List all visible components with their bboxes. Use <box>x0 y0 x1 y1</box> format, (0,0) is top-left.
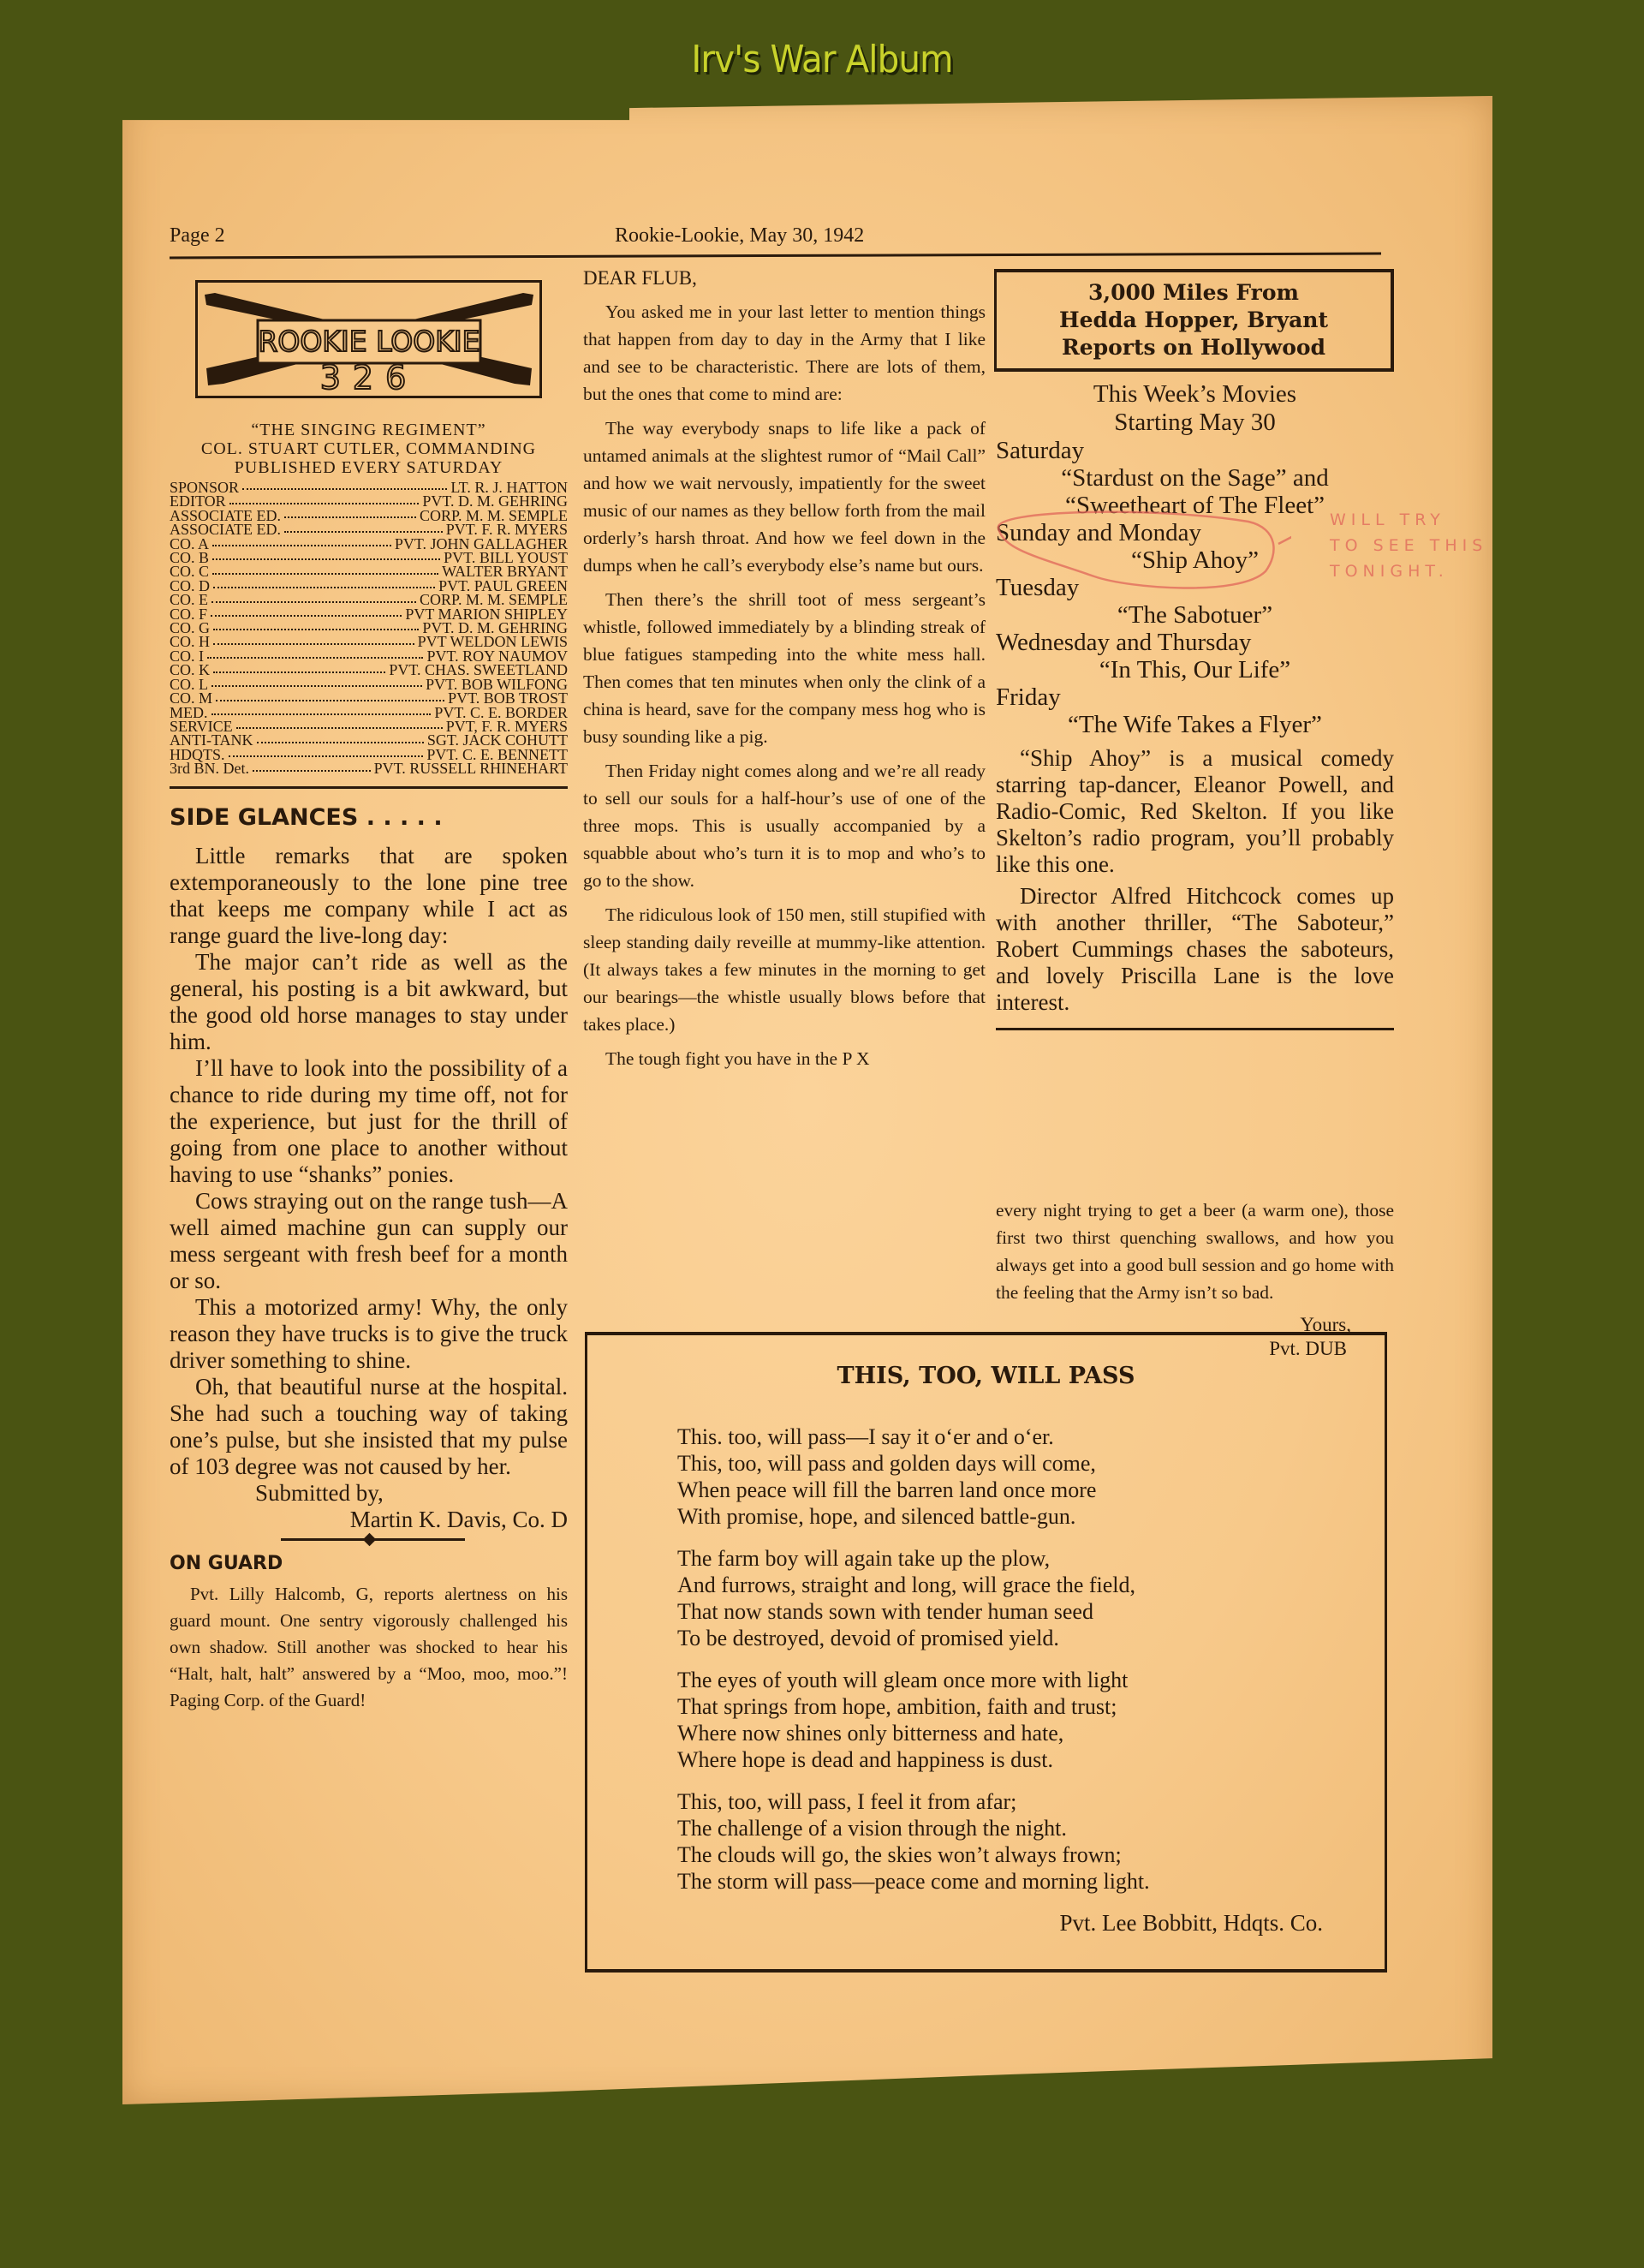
poem-line: This, too, will pass and golden days wil… <box>677 1450 1385 1477</box>
poem-line: Where now shines only bitterness and hat… <box>677 1720 1385 1746</box>
leader-dots <box>212 564 438 574</box>
column-middle: DEAR FLUB, You asked me in your last let… <box>583 267 986 1079</box>
movie-review: “Ship Ahoy” is a musical comedy starring… <box>996 745 1394 1016</box>
leader-dots <box>242 480 447 490</box>
letter-body: You asked me in your last letter to ment… <box>583 298 986 1072</box>
leader-dots <box>257 733 424 743</box>
masthead-dateline: Rookie-Lookie, May 30, 1942 <box>615 224 864 248</box>
poem-line: This, too, will pass, I feel it from afa… <box>677 1788 1385 1815</box>
schedule-day: Saturday <box>996 437 1394 464</box>
header-rule <box>170 253 1381 260</box>
leader-dots <box>229 748 424 757</box>
leader-dots <box>253 761 371 771</box>
poem-body: This. too, will pass—I say it o‘er and o… <box>677 1423 1385 1895</box>
section-rule <box>170 786 568 789</box>
poem-line: That springs from hope, ambition, faith … <box>677 1693 1385 1720</box>
side-glances-paragraph: Oh, that beautiful nurse at the hospital… <box>170 1374 568 1480</box>
section-rule <box>996 1028 1394 1030</box>
svg-text:ROOKIE LOOKIE: ROOKIE LOOKIE <box>259 325 480 358</box>
poem-line: And furrows, straight and long, will gra… <box>677 1572 1385 1598</box>
letter-paragraph: The ridiculous look of 150 men, still st… <box>583 901 986 1038</box>
leader-dots <box>236 719 443 729</box>
leader-dots <box>213 635 414 644</box>
leader-dots <box>284 509 416 518</box>
side-glances-body: Little remarks that are spoken extempora… <box>170 843 568 1480</box>
leader-dots <box>213 621 419 630</box>
page-number: Page 2 <box>170 224 225 248</box>
leader-dots <box>229 494 420 504</box>
schedule-day: Friday <box>996 683 1394 711</box>
letter-paragraph: Then there’s the shrill toot of mess ser… <box>583 586 986 750</box>
leader-dots <box>207 649 423 659</box>
review-paragraph: Director Alfred Hitchcock comes up with … <box>996 883 1394 1016</box>
side-glances-paragraph: The major can’t ride as well as the gene… <box>170 949 568 1055</box>
schedule-day: Wednesday and Thursday <box>996 629 1394 656</box>
column-left: ROOKIE LOOKIE 326 “THE SINGING REGIMENT”… <box>170 280 568 1714</box>
poem-line: The farm boy will again take up the plow… <box>677 1545 1385 1572</box>
site-title: Irv's War Album <box>66 38 1578 81</box>
leader-dots <box>212 551 440 560</box>
leader-dots <box>211 607 402 617</box>
handwritten-circle-annotation <box>983 503 1291 601</box>
side-glances-paragraph: Cows straying out on the range tush—A we… <box>170 1188 568 1294</box>
leader-dots <box>213 579 435 588</box>
schedule-film: “In This, Our Life” <box>996 656 1394 683</box>
leader-dots <box>284 522 443 532</box>
letter-paragraph: The tough fight you have in the P X <box>583 1045 986 1072</box>
leader-dots <box>213 663 385 672</box>
masthead-logo: ROOKIE LOOKIE 326 <box>195 280 542 398</box>
schedule-film: “Stardust on the Sage” and <box>996 464 1394 492</box>
poem-stanza: The farm boy will again take up the plow… <box>677 1545 1385 1651</box>
schedule-film: “The Wife Takes a Flyer” <box>996 711 1394 738</box>
movies-heading: This Week’s Movies Starting May 30 <box>996 380 1394 437</box>
poem-title: THIS, TOO, WILL PASS <box>587 1363 1385 1389</box>
handwritten-note: WILL TRY TO SEE THIS TONIGHT. <box>1330 507 1487 584</box>
schedule-film: “The Sabotuer” <box>996 601 1394 629</box>
side-glances-paragraph: Little remarks that are spoken extempora… <box>170 843 568 949</box>
staff-list: SPONSORLT. R. J. HATTONEDITORPVT. D. M. … <box>170 480 568 776</box>
poem-box: THIS, TOO, WILL PASS This. too, will pas… <box>585 1332 1387 1973</box>
crossed-rifles-icon: ROOKIE LOOKIE 326 <box>198 283 540 396</box>
side-glances-title: SIDE GLANCES . . . . . <box>170 804 568 831</box>
letter-paragraph: The way everybody snaps to life like a p… <box>583 415 986 579</box>
poem-stanza: The eyes of youth will gleam once more w… <box>677 1667 1385 1773</box>
poem-line: When peace will fill the barren land onc… <box>677 1477 1385 1503</box>
poem-stanza: This. too, will pass—I say it o‘er and o… <box>677 1423 1385 1530</box>
submitted-by: Submitted by, <box>170 1480 568 1507</box>
poem-line: This. too, will pass—I say it o‘er and o… <box>677 1423 1385 1450</box>
svg-text:326: 326 <box>320 359 419 396</box>
staff-role: 3rd BN. Det. <box>170 761 249 775</box>
side-glances-paragraph: This a motorized army! Why, the only rea… <box>170 1294 568 1374</box>
staff-name: PVT. RUSSELL RHINEHART <box>374 761 568 775</box>
poem-line: With promise, hope, and silenced battle-… <box>677 1503 1385 1530</box>
poem-line: The storm will pass—peace come and morni… <box>677 1868 1385 1895</box>
leader-dots <box>212 537 391 546</box>
staff-heading: “THE SINGING REGIMENT” COL. STUART CUTLE… <box>170 421 568 477</box>
on-guard-text: Pvt. Lilly Halcomb, G, reports alertness… <box>170 1581 568 1714</box>
poem-line: Where hope is dead and happiness is dust… <box>677 1746 1385 1773</box>
side-glances-author: Martin K. Davis, Co. D <box>170 1507 568 1533</box>
hollywood-headline-box: 3,000 Miles From Hedda Hopper, Bryant Re… <box>994 269 1394 372</box>
leader-dots <box>211 706 432 715</box>
newspaper-page: Page 2 Rookie-Lookie, May 30, 1942 ROOKI… <box>122 96 1492 2104</box>
letter-salutation: DEAR FLUB, <box>583 267 986 289</box>
poem-line: The challenge of a vision through the ni… <box>677 1815 1385 1841</box>
letter-paragraph: Then Friday night comes along and we’re … <box>583 757 986 894</box>
poem-line: To be destroyed, devoid of promised yiel… <box>677 1625 1385 1651</box>
ornament-divider <box>281 1538 465 1541</box>
side-glances-paragraph: I’ll have to look into the possibility o… <box>170 1055 568 1188</box>
leader-dots <box>216 691 444 701</box>
review-paragraph: “Ship Ahoy” is a musical comedy starring… <box>996 745 1394 878</box>
on-guard-title: ON GUARD <box>170 1553 568 1574</box>
letter-paragraph: You asked me in your last letter to ment… <box>583 298 986 408</box>
poem-line: The eyes of youth will gleam once more w… <box>677 1667 1385 1693</box>
poem-line: The clouds will go, the skies won’t alwa… <box>677 1841 1385 1868</box>
leader-dots <box>211 677 422 687</box>
column-right: 3,000 Miles From Hedda Hopper, Bryant Re… <box>996 267 1394 1030</box>
leader-dots <box>211 593 416 602</box>
staff-row: 3rd BN. Det.PVT. RUSSELL RHINEHART <box>170 761 568 775</box>
poem-author: Pvt. Lee Bobbitt, Hdqts. Co. <box>587 1910 1385 1937</box>
poem-line: That now stands sown with tender human s… <box>677 1598 1385 1625</box>
poem-stanza: This, too, will pass, I feel it from afa… <box>677 1788 1385 1895</box>
